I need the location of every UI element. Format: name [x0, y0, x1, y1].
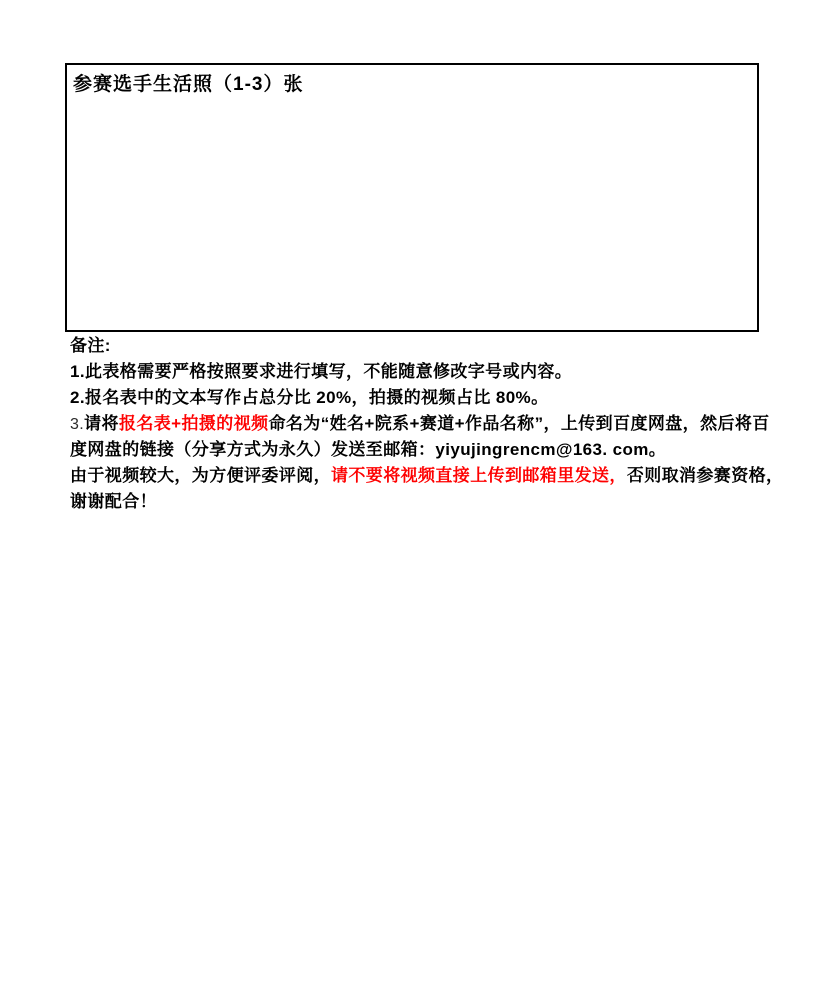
note-3-text-pre: 请将 [84, 414, 119, 433]
note-3-text-post: 命名为“姓名+院系+赛道+作品名称”，上传到百度网盘，然后将百 [269, 414, 770, 433]
note-line-4: 度网盘的链接（分享方式为永久）发送至邮箱：yiyujingrencm@163. … [70, 437, 790, 463]
photo-box: 参赛选手生活照（1-3）张 [65, 63, 759, 332]
note-5-text-pre: 由于视频较大，为方便评委评阅， [70, 466, 331, 485]
photo-box-label: 参赛选手生活照（1-3）张 [73, 74, 751, 96]
note-line-1: 1.此表格需要严格按照要求进行填写，不能随意修改字号或内容。 [70, 359, 790, 385]
note-3-number: 3. [70, 416, 84, 433]
note-line-2: 2.报名表中的文本写作占总分比 20%，拍摄的视频占比 80%。 [70, 385, 790, 411]
note-line-5: 由于视频较大，为方便评委评阅，请不要将视频直接上传到邮箱里发送，否则取消参赛资格… [70, 463, 790, 489]
notes-heading: 备注: [70, 333, 790, 359]
note-5-text-post: 否则取消参赛资格， [627, 466, 784, 485]
note-5-red-highlight: 请不要将视频直接上传到邮箱里发送， [331, 466, 627, 485]
notes-section: 备注: 1.此表格需要严格按照要求进行填写，不能随意修改字号或内容。 2.报名表… [70, 333, 790, 515]
note-3-red-highlight: 报名表+拍摄的视频 [119, 414, 269, 433]
note-line-6: 谢谢配合！ [70, 489, 790, 515]
note-line-3: 3.请将报名表+拍摄的视频命名为“姓名+院系+赛道+作品名称”，上传到百度网盘，… [70, 411, 790, 437]
document-page: 参赛选手生活照（1-3）张 备注: 1.此表格需要严格按照要求进行填写，不能随意… [0, 0, 830, 1000]
